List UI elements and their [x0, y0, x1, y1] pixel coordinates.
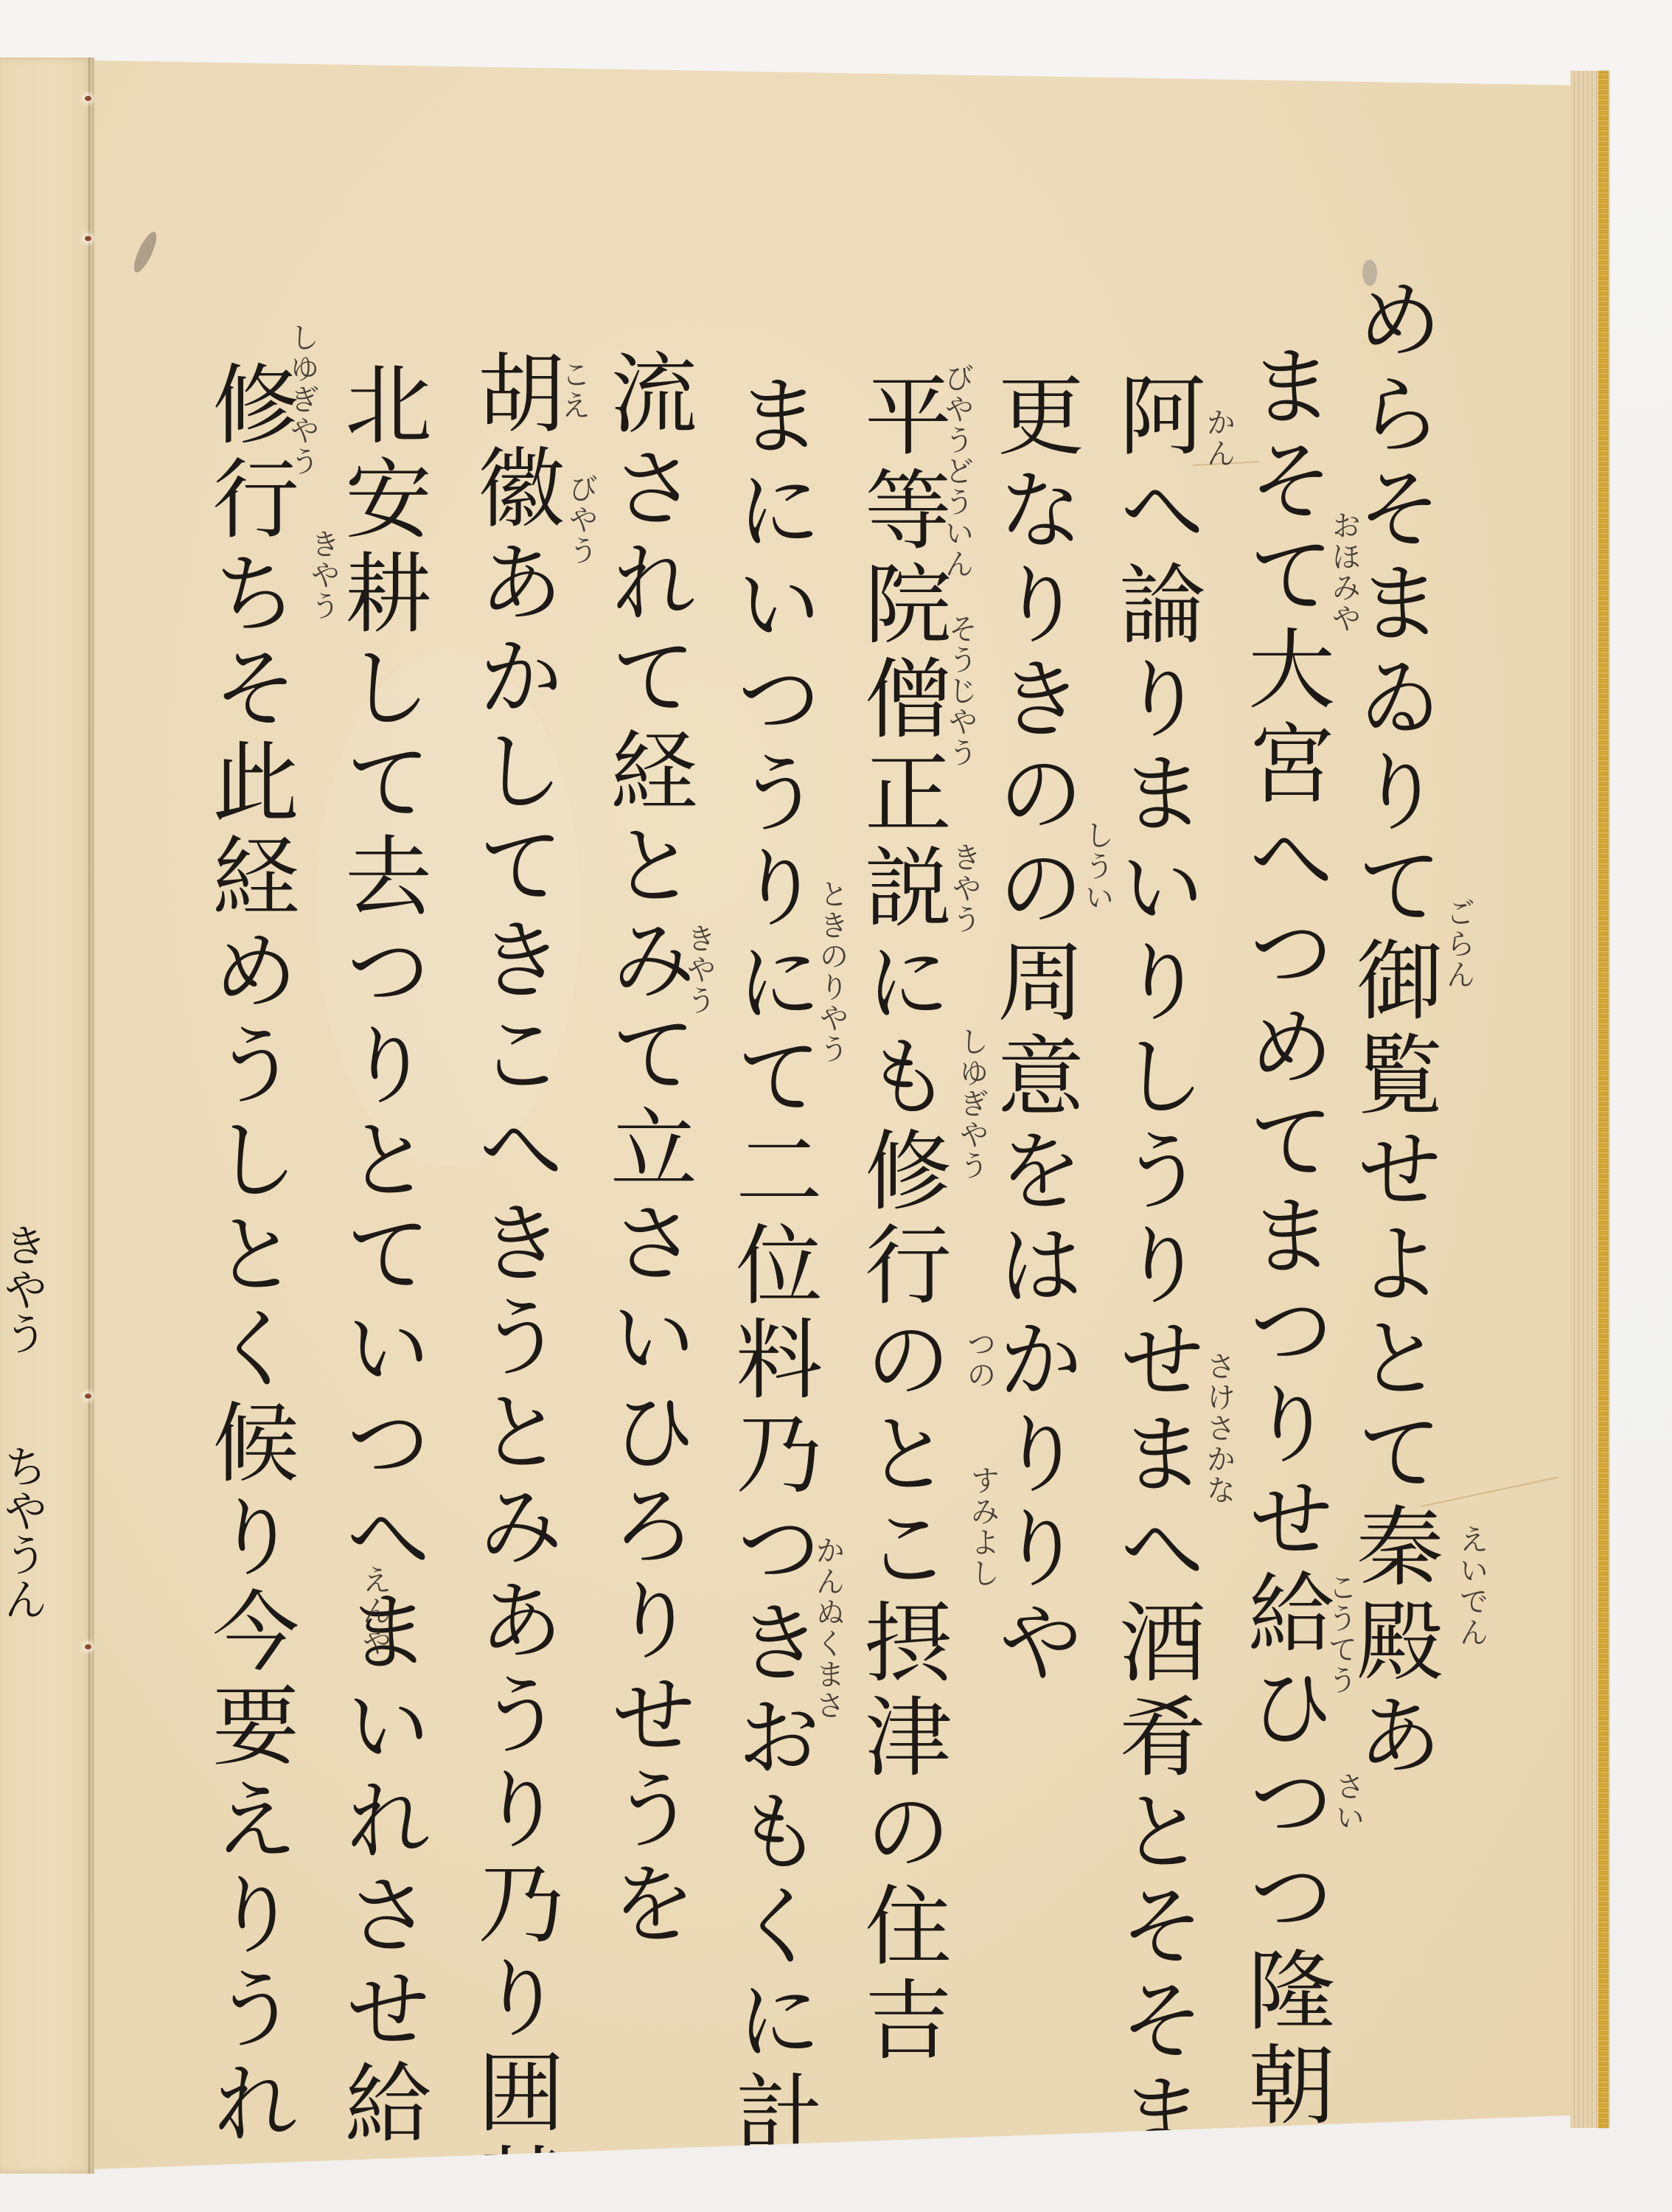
- furigana: しゆぎやう: [288, 322, 317, 477]
- furigana: えんや: [360, 1565, 389, 1658]
- binding-hole: [85, 96, 91, 101]
- furigana: ごらん: [1443, 897, 1473, 990]
- binding-hole: [85, 1644, 91, 1649]
- ink-smudge: [130, 229, 161, 275]
- text-column-3: 阿へ論りまいりしうりせまへ酒肴とそそまいりけ: [1112, 370, 1199, 2088]
- furigana: びやうどういん: [942, 363, 972, 580]
- text-column-4: 更なりきのの周意をはかりりや: [990, 370, 1077, 1594]
- furigana: つの: [964, 1329, 994, 1391]
- furigana: びやう: [566, 473, 596, 566]
- text-column-10: 修行ちそ此経めうしとく候り今要えりうれ: [205, 359, 292, 2088]
- manuscript-photo: きやう ちやうん めらそまゐりて御覧せよとて秦殿あ ごらん えいでん まそて大宮…: [0, 0, 1672, 2212]
- furigana: おほみや: [1329, 510, 1359, 634]
- furigana: きやう: [950, 842, 979, 935]
- text-column-5: 平等院僧正説にも修行のとこ摂津の住吉: [857, 370, 944, 2088]
- furigana: しうい: [1082, 820, 1112, 913]
- furigana: そうじやう: [946, 613, 975, 768]
- furigana: こうてう: [1326, 1572, 1355, 1696]
- furigana: えいでん: [1457, 1524, 1486, 1648]
- text-column-2: まそて大宮へつめてまつりせ給ひつつ隆朝の母: [1241, 341, 1328, 2088]
- furigana: さけさかな: [1204, 1351, 1233, 1506]
- text-column-6: まにいつうりにて二位料乃つきおもくに計る囲碁う: [728, 370, 815, 2088]
- left-page-text-fragment: きやう: [0, 1222, 44, 1370]
- furigana: さい: [1333, 1771, 1362, 1833]
- fold-line: [88, 58, 90, 2174]
- furigana: しゆぎやう: [957, 1026, 986, 1181]
- furigana: きやう: [308, 529, 338, 622]
- left-page: きやう ちやうん: [0, 58, 94, 2174]
- page-edge-stack: [1570, 71, 1598, 2128]
- furigana: こえ: [559, 359, 588, 421]
- binding-hole: [85, 236, 91, 241]
- text-column-7: 流されて経とみて立さいひろりせうを: [603, 348, 690, 2088]
- binding-hole: [85, 1394, 91, 1399]
- furigana: かん: [1204, 407, 1233, 469]
- text-column-9: 北安耕して去つりとていつへまいれさせ給ふ: [338, 359, 425, 2088]
- furigana: かんぬくまさ: [813, 1535, 843, 1721]
- furigana: きやう: [684, 923, 714, 1016]
- left-page-text-fragment: ちやうん: [0, 1444, 44, 1635]
- furigana: すみよし: [968, 1465, 997, 1589]
- gilt-page-edge: [1598, 71, 1609, 2128]
- furigana: ときのりやう: [817, 879, 846, 1065]
- text-column-8: 胡徽あかしてきこへきうとみあうり乃り囲碁: [470, 348, 557, 2088]
- right-page: めらそまゐりて御覧せよとて秦殿あ ごらん えいでん まそて大宮へつめてまつりせ給…: [94, 60, 1598, 2169]
